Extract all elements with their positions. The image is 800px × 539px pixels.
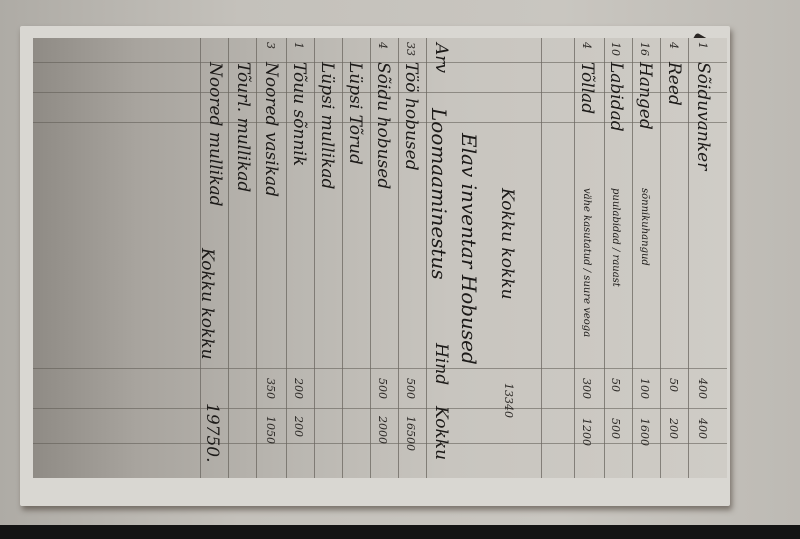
document-sheet: Kokku kokku 13340 Elav inventar Hobused …: [33, 38, 727, 478]
row-note: puulabidad / rauast: [610, 188, 621, 287]
row-item: Noored mullikad: [205, 62, 225, 207]
row-price: 350: [264, 378, 277, 399]
rule-line: [286, 38, 287, 478]
row-item: Tõuu sõnnik: [289, 62, 309, 166]
row-item: Sõiduvanker: [693, 62, 713, 170]
row-total: 1200: [580, 418, 593, 446]
rule-line: [660, 38, 661, 478]
row-total: 400: [696, 418, 709, 439]
column-header-qty: Arv: [431, 43, 451, 73]
row-total: 500: [609, 418, 622, 439]
row-total: 200: [667, 418, 680, 439]
rule-line: [228, 38, 229, 478]
row-item: Noored vasikad: [261, 62, 281, 197]
rule-line: [342, 38, 343, 478]
row-note: vähe kasutatud / suure veoga: [581, 188, 592, 337]
rule-line: [314, 38, 315, 478]
rule-line: [688, 38, 689, 478]
rule-line: [33, 368, 727, 369]
row-qty: 16: [638, 42, 651, 56]
row-price: 50: [667, 378, 680, 392]
row-price: 200: [292, 378, 305, 399]
rule-line: [256, 38, 257, 478]
rule-line: [632, 38, 633, 478]
row-price: 50: [609, 378, 622, 392]
row-qty: 4: [580, 42, 593, 49]
row-item: Tõurl. mullikad: [233, 62, 253, 192]
upper-subtotal-label: Kokku kokku: [497, 188, 517, 300]
rule-line: [604, 38, 605, 478]
rotated-page: Kokku kokku 13340 Elav inventar Hobused …: [33, 38, 727, 478]
rule-line: [370, 38, 371, 478]
row-price: 500: [376, 378, 389, 399]
row-qty: 3: [264, 42, 277, 49]
row-total: 200: [292, 416, 305, 437]
rule-line: [398, 38, 399, 478]
row-price: 500: [404, 378, 417, 399]
column-header-total: Kokku: [431, 406, 451, 460]
row-qty: 4: [376, 42, 389, 49]
row-price: 300: [580, 378, 593, 399]
column-header-price: Hind: [431, 343, 451, 385]
row-item: Labidad: [606, 62, 626, 132]
lower-total: 19750.: [202, 403, 222, 462]
row-item: Sõidu hobused: [373, 62, 393, 189]
rule-line: [33, 408, 727, 409]
row-note: sõnnikuhangud: [639, 188, 650, 266]
row-price: 400: [696, 378, 709, 399]
row-item: Lüpsi mullikad: [317, 62, 337, 189]
row-total: 2000: [376, 416, 389, 444]
row-item: Hanged: [635, 62, 655, 130]
row-item: Tõllad: [577, 62, 597, 114]
row-total: 1600: [638, 418, 651, 446]
page-subtitle: Loomaaminestus: [427, 108, 451, 280]
row-item: Lüpsi Tõrud: [345, 62, 365, 165]
row-total: 16500: [404, 416, 417, 451]
row-qty: 1: [696, 42, 709, 49]
lower-total-label: Kokku kokku: [197, 248, 217, 360]
row-qty: 10: [609, 42, 622, 56]
row-qty: 33: [404, 42, 417, 56]
row-qty: 4: [667, 42, 680, 49]
row-item: Reed: [664, 62, 684, 106]
rule-line: [574, 38, 575, 478]
rule-line: [541, 38, 542, 478]
row-qty: 1: [292, 42, 305, 49]
row-total: 1050: [264, 416, 277, 444]
row-item: Töö hobused: [401, 62, 421, 171]
film-edge: [0, 525, 800, 539]
upper-subtotal: 13340: [502, 383, 515, 418]
row-price: 100: [638, 378, 651, 399]
page-title: Elav inventar Hobused: [457, 133, 481, 365]
